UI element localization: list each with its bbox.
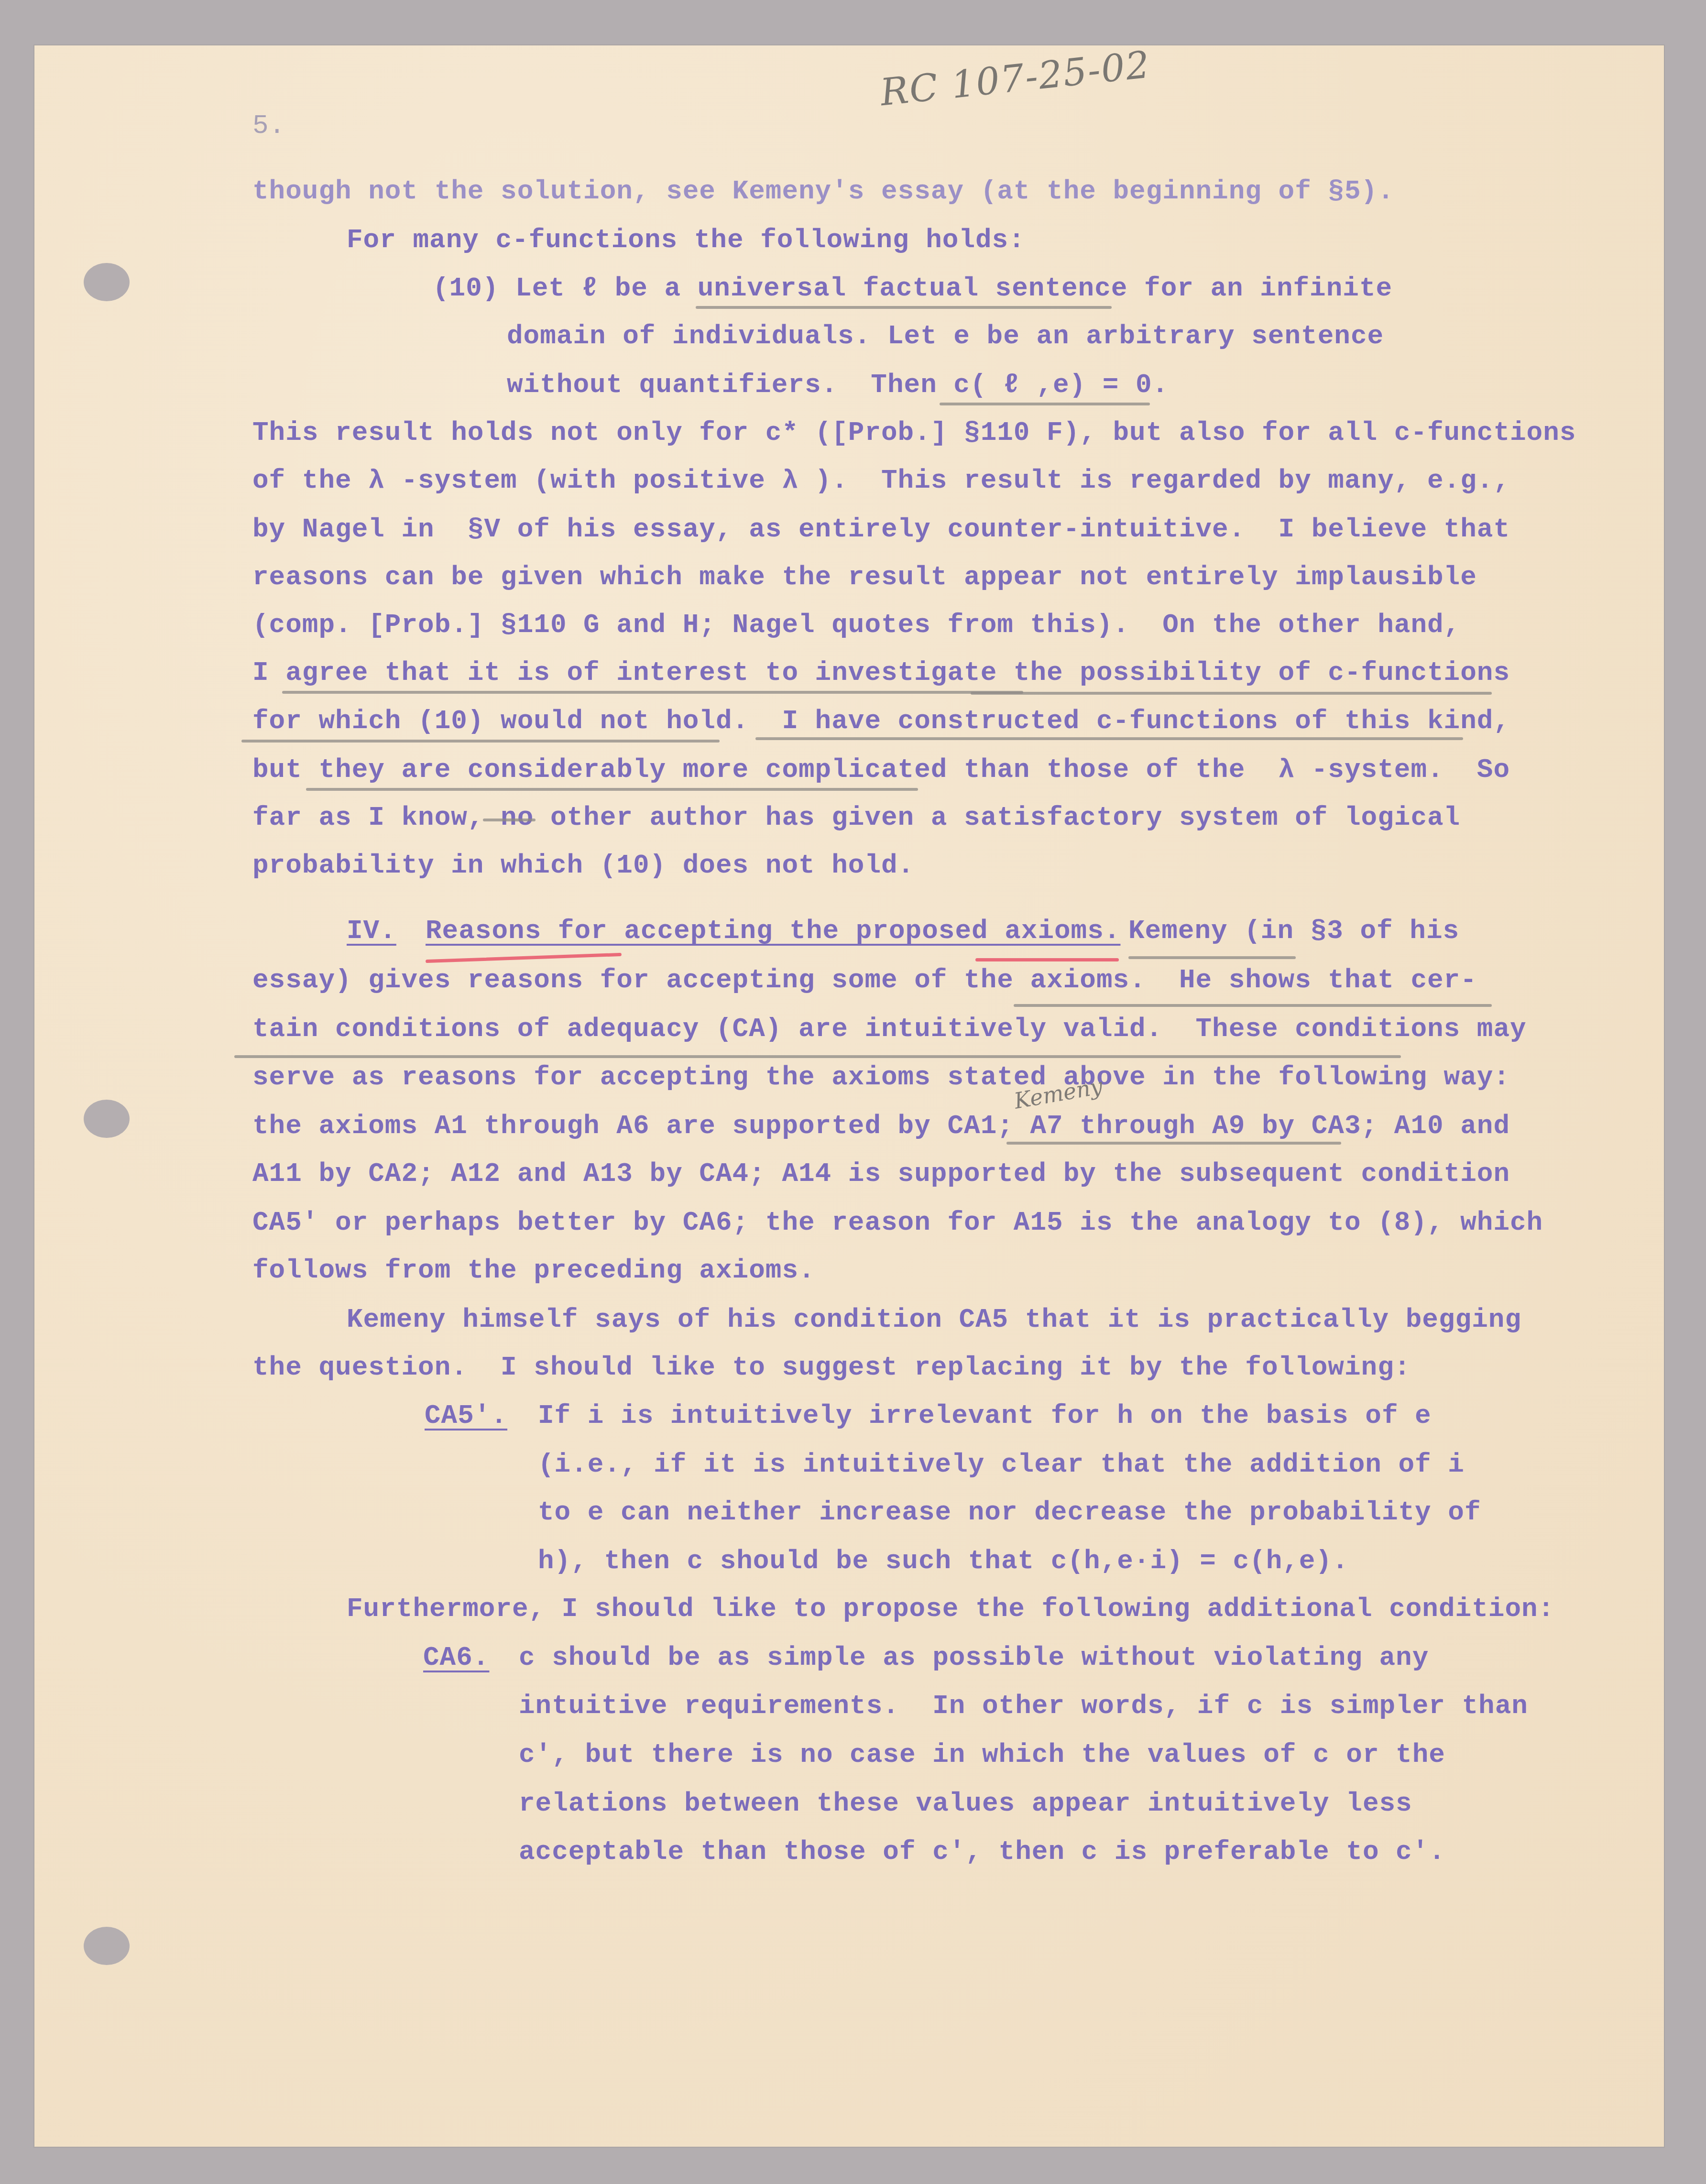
text-line: far as I know, no other author has given… bbox=[252, 801, 1460, 834]
text-line: h), then c should be such that c(h,e·i) … bbox=[538, 1544, 1349, 1578]
page-number: 5. bbox=[252, 109, 285, 142]
punch-hole-middle bbox=[84, 1100, 130, 1138]
pencil-underline bbox=[282, 691, 1023, 694]
red-pencil-underline bbox=[975, 958, 1119, 961]
pencil-underline bbox=[234, 1055, 1401, 1058]
numbered-statement-10: (10) Let ℓ be a universal factual senten… bbox=[433, 272, 1392, 305]
pencil-underline bbox=[306, 788, 918, 791]
text-line: (comp. [Prob.] §110 G and H; Nagel quote… bbox=[252, 608, 1460, 642]
punch-hole-top bbox=[84, 263, 130, 301]
text-line: the axioms A1 through A6 are supported b… bbox=[252, 1109, 1510, 1143]
pencil-underline bbox=[1006, 1142, 1341, 1145]
condition-label-ca5-prime: CA5'. bbox=[425, 1399, 507, 1432]
text-line: acceptable than those of c', then c is p… bbox=[519, 1835, 1445, 1868]
text-line: reasons can be given which make the resu… bbox=[252, 560, 1477, 594]
section-number: IV. bbox=[347, 914, 396, 948]
text-line: (i.e., if it is intuitively clear that t… bbox=[538, 1448, 1465, 1481]
section-heading: Reasons for accepting the proposed axiom… bbox=[426, 914, 1120, 948]
pencil-underline bbox=[696, 306, 1112, 309]
document-page bbox=[34, 45, 1664, 2147]
text-line: follows from the preceding axioms. bbox=[252, 1254, 815, 1287]
text-line: essay) gives reasons for accepting some … bbox=[252, 963, 1477, 997]
pencil-mark bbox=[483, 819, 536, 821]
pencil-underline bbox=[971, 692, 1492, 695]
condition-label-ca6: CA6. bbox=[423, 1641, 489, 1674]
text-line: c should be as simple as possible withou… bbox=[519, 1641, 1429, 1674]
text-line: domain of individuals. Let e be an arbit… bbox=[507, 319, 1384, 353]
text-line: without quantifiers. Then c( ℓ ,e) = 0. bbox=[507, 368, 1169, 402]
pencil-underline bbox=[241, 740, 720, 743]
text-line: of the λ -system (with positive λ ). Thi… bbox=[252, 464, 1510, 497]
text-line: c', but there is no case in which the va… bbox=[519, 1738, 1445, 1771]
pencil-underline bbox=[1128, 956, 1296, 959]
pencil-underline bbox=[1014, 1004, 1492, 1007]
text-line: tain conditions of adequacy (CA) are int… bbox=[252, 1012, 1527, 1046]
text-line: serve as reasons for accepting the axiom… bbox=[252, 1060, 1510, 1094]
text-line: intuitive requirements. In other words, … bbox=[519, 1689, 1528, 1723]
pencil-underline bbox=[940, 403, 1150, 405]
text-line: the question. I should like to suggest r… bbox=[252, 1351, 1411, 1384]
text-line: Kemeny himself says of his condition CA5… bbox=[347, 1303, 1521, 1336]
text-line: relations between these values appear in… bbox=[519, 1787, 1412, 1820]
text-line: I agree that it is of interest to invest… bbox=[252, 656, 1510, 689]
text-line: to e can neither increase nor decrease t… bbox=[538, 1496, 1481, 1529]
text-line: Furthermore, I should like to propose th… bbox=[347, 1592, 1554, 1626]
text-line: for which (10) would not hold. I have co… bbox=[252, 704, 1510, 738]
text-line: CA5' or perhaps better by CA6; the reaso… bbox=[252, 1206, 1543, 1239]
text-line: but they are considerably more complicat… bbox=[252, 753, 1510, 786]
pencil-underline bbox=[755, 737, 1463, 740]
text-line: If i is intuitively irrelevant for h on … bbox=[538, 1399, 1432, 1432]
text-line: probability in which (10) does not hold. bbox=[252, 849, 914, 882]
text-line: This result holds not only for c* ([Prob… bbox=[252, 416, 1576, 449]
text-line: though not the solution, see Kemeny's es… bbox=[252, 175, 1394, 208]
text-line: For many c-functions the following holds… bbox=[347, 223, 1025, 257]
punch-hole-bottom bbox=[84, 1927, 130, 1965]
text-line: by Nagel in §V of his essay, as entirely… bbox=[252, 513, 1510, 546]
text-line: Kemeny (in §3 of his bbox=[1128, 914, 1459, 948]
text-line: A11 by CA2; A12 and A13 by CA4; A14 is s… bbox=[252, 1157, 1510, 1190]
